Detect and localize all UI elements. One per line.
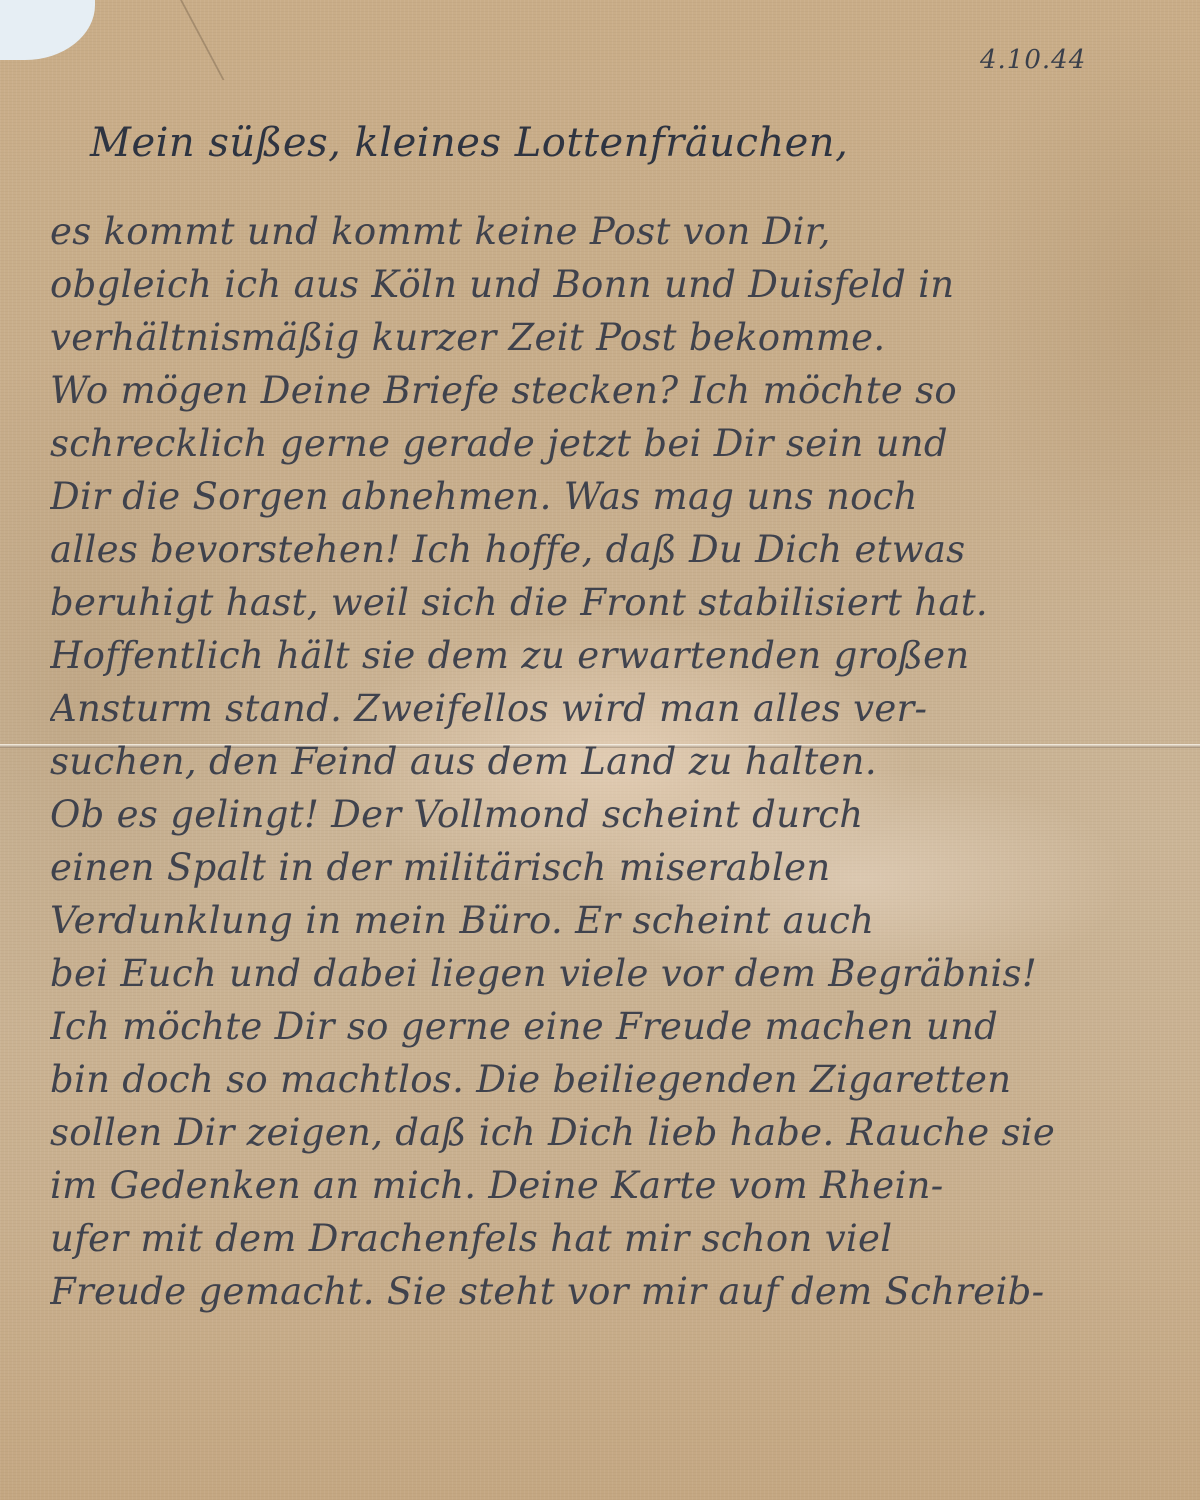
letter-body: es kommt und kommt keine Post von Dir, o… xyxy=(50,205,1160,1318)
letter-salutation: Mein süßes, kleines Lottenfräuchen, xyxy=(90,120,848,166)
letter-line: verhältnismäßig kurzer Zeit Post bekomme… xyxy=(50,311,1160,364)
letter-line: Ob es gelingt! Der Vollmond scheint durc… xyxy=(50,788,1160,841)
letter-line: Freude gemacht. Sie steht vor mir auf de… xyxy=(50,1265,1160,1318)
letter-line: obgleich ich aus Köln und Bonn und Duisf… xyxy=(50,258,1160,311)
letter-line: schrecklich gerne gerade jetzt bei Dir s… xyxy=(50,417,1160,470)
letter-page: 4.10.44 Mein süßes, kleines Lottenfräuch… xyxy=(0,0,1200,1500)
letter-line: alles bevorstehen! Ich hoffe, daß Du Dic… xyxy=(50,523,1160,576)
letter-line: Hoffentlich hält sie dem zu erwartenden … xyxy=(50,629,1160,682)
letter-line: Verdunklung in mein Büro. Er scheint auc… xyxy=(50,894,1160,947)
letter-line: im Gedenken an mich. Deine Karte vom Rhe… xyxy=(50,1159,1160,1212)
letter-line: ufer mit dem Drachenfels hat mir schon v… xyxy=(50,1212,1160,1265)
letter-line: Wo mögen Deine Briefe stecken? Ich möcht… xyxy=(50,364,1160,417)
letter-line: suchen, den Feind aus dem Land zu halten… xyxy=(50,735,1160,788)
letter-line: Ansturm stand. Zweifellos wird man alles… xyxy=(50,682,1160,735)
letter-date: 4.10.44 xyxy=(980,45,1086,75)
letter-line: beruhigt hast, weil sich die Front stabi… xyxy=(50,576,1160,629)
corner-crease xyxy=(70,0,225,80)
letter-line: bei Euch und dabei liegen viele vor dem … xyxy=(50,947,1160,1000)
letter-line: einen Spalt in der militärisch miserable… xyxy=(50,841,1160,894)
letter-line: es kommt und kommt keine Post von Dir, xyxy=(50,205,1160,258)
letter-line: Ich möchte Dir so gerne eine Freude mach… xyxy=(50,1000,1160,1053)
letter-line: Dir die Sorgen abnehmen. Was mag uns noc… xyxy=(50,470,1160,523)
letter-line: bin doch so machtlos. Die beiliegenden Z… xyxy=(50,1053,1160,1106)
letter-line: sollen Dir zeigen, daß ich Dich lieb hab… xyxy=(50,1106,1160,1159)
